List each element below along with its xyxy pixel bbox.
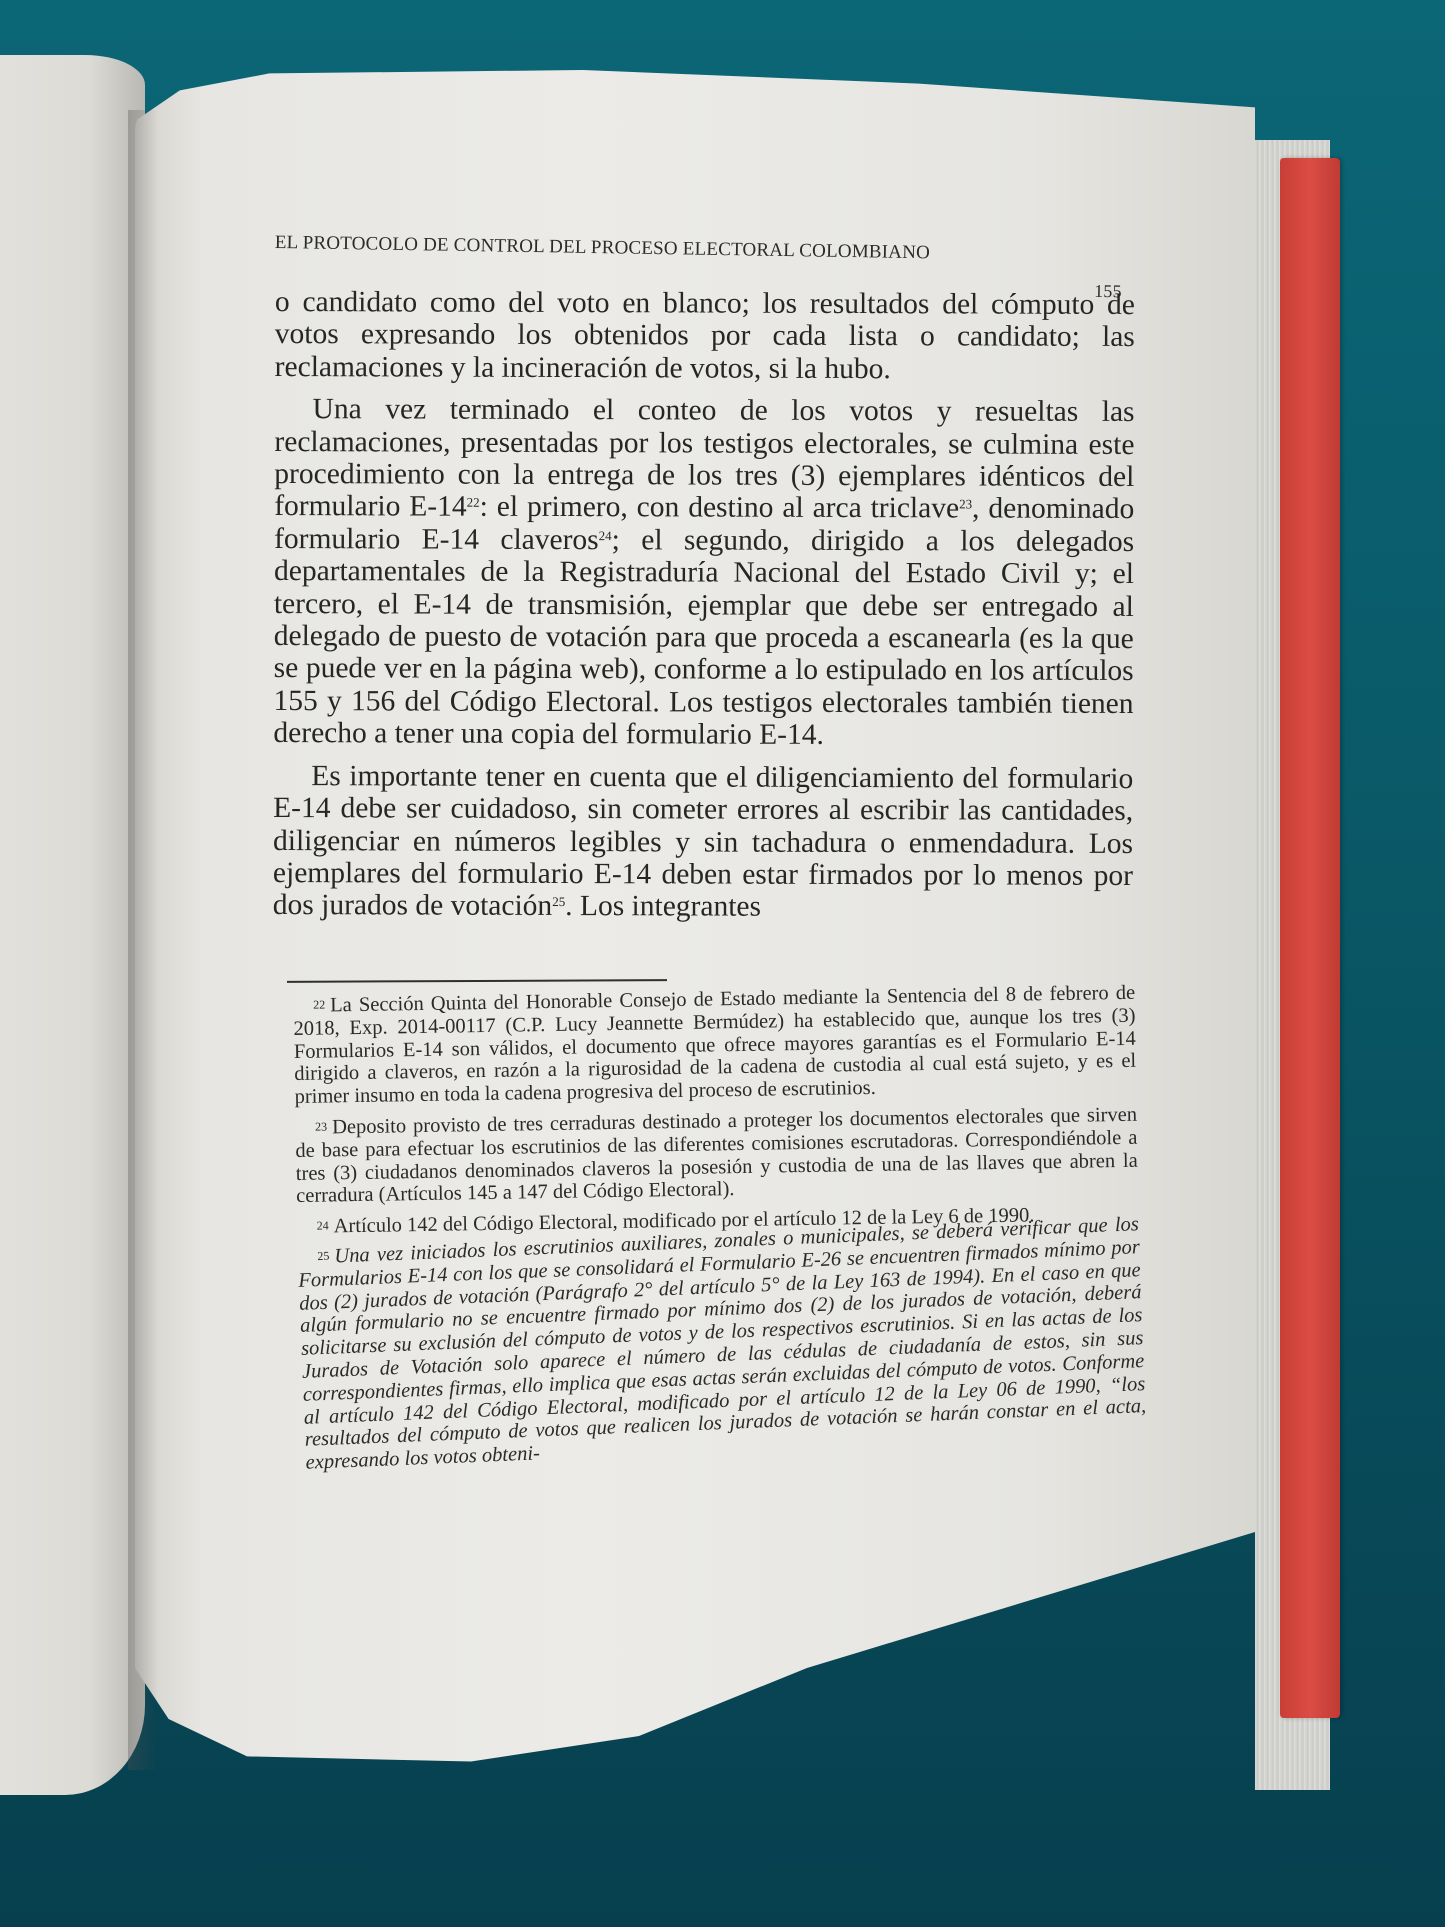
footnote-23: 23Deposito provisto de tres cerraduras d… [295, 1102, 1138, 1207]
running-title: EL PROTOCOLO DE CONTROL DEL PROCESO ELEC… [275, 232, 931, 264]
running-header: EL PROTOCOLO DE CONTROL DEL PROCESO ELEC… [274, 232, 1135, 286]
left-page-edge [0, 55, 145, 1795]
paragraph-text: o candidato como del voto en blanco; los… [275, 286, 1135, 385]
footnote-text: Una vez iniciados los escrutinios auxili… [298, 1213, 1147, 1474]
footnote-number: 23 [315, 1119, 327, 1133]
footnote-number: 22 [313, 997, 325, 1011]
paragraph-text: ; el segundo, dirigido a los delegados d… [273, 524, 1134, 751]
footnote-number: 24 [317, 1218, 329, 1232]
footnote-ref-22[interactable]: 22 [467, 495, 480, 510]
footnote-ref-24[interactable]: 24 [599, 528, 612, 543]
footnote-ref-23[interactable]: 23 [959, 497, 972, 512]
page-content: EL PROTOCOLO DE CONTROL DEL PROCESO ELEC… [275, 232, 1135, 1482]
paragraph-text: : el primero, con destino al arca tricla… [480, 491, 960, 525]
body-text: o candidato como del voto en blanco; los… [273, 286, 1135, 925]
paragraph-3: Es importante tener en cuenta que el dil… [273, 760, 1134, 925]
footnote-ref-25[interactable]: 25 [552, 894, 565, 909]
paragraph-1: o candidato como del voto en blanco; los… [275, 286, 1135, 386]
paragraph-2: Una vez terminado el conteo de los votos… [273, 393, 1134, 752]
footnote-25: 25Una vez iniciados los escrutinios auxi… [297, 1212, 1148, 1475]
footnote-divider [287, 979, 667, 983]
footnote-number: 25 [317, 1248, 330, 1262]
paragraph-text: . Los integrantes [565, 890, 761, 923]
footnote-text: Deposito provisto de tres cerraduras des… [295, 1103, 1138, 1207]
footnote-text: La Sección Quinta del Honorable Consejo … [293, 981, 1136, 1107]
red-book-cover [1280, 158, 1340, 1718]
footnote-22: 22La Sección Quinta del Honorable Consej… [293, 980, 1137, 1108]
footnotes: 22La Sección Quinta del Honorable Consej… [293, 980, 1142, 1474]
spine-shadow [128, 110, 158, 1770]
